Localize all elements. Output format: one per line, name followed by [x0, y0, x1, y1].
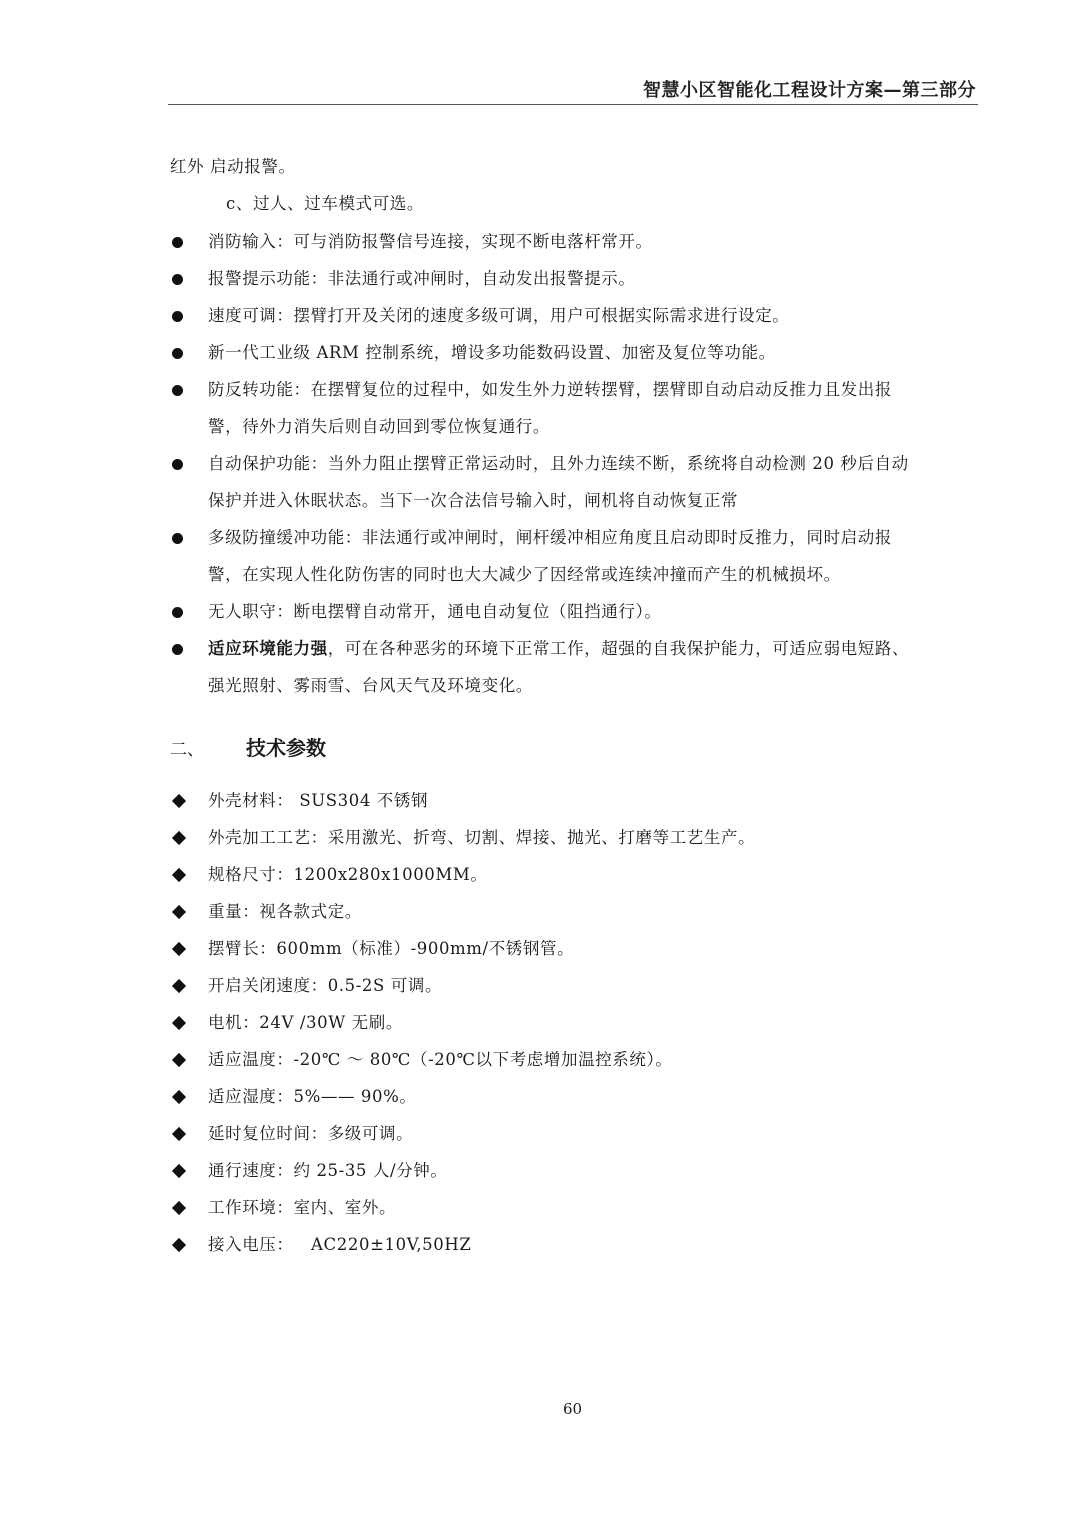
diamond-bullet-icon — [172, 831, 186, 845]
diamond-bullet-icon — [172, 905, 186, 919]
spec-text: 接入电压： AC220±10V,50HZ — [208, 1235, 471, 1255]
spec-text: 电机：24V /30W 无刷。 — [208, 1013, 403, 1033]
diamond-bullet-icon — [172, 1238, 186, 1252]
diamond-bullet-icon — [172, 1127, 186, 1141]
spec-text: 外壳材料： SUS304 不锈钢 — [208, 791, 428, 811]
page-number: 60 — [563, 1400, 582, 1418]
diamond-bullet-icon — [172, 1090, 186, 1104]
section-title: 技术参数 — [246, 736, 326, 760]
bullet-dot-icon — [172, 644, 183, 655]
diamond-bullet-icon — [172, 794, 186, 808]
list-item-text: 防反转功能：在摆臂复位的过程中，如发生外力逆转摆臂，摆臂即自动启动反推力且发出报 — [208, 380, 892, 400]
spec-text: 重量：视各款式定。 — [208, 902, 362, 922]
spec-text: 开启关闭速度：0.5-2S 可调。 — [208, 976, 442, 996]
list-item-text: 适应环境能力强，可在各种恶劣的环境下正常工作，超强的自我保护能力，可适应弱电短路… — [208, 639, 909, 659]
list-item-text: 保护并进入休眠状态。当下一次合法信号输入时，闸机将自动恢复正常 — [208, 491, 738, 511]
bullet-dot-icon — [172, 237, 183, 248]
diamond-bullet-icon — [172, 942, 186, 956]
intro-sub-item: c、过人、过车模式可选。 — [226, 194, 424, 214]
list-item-text: 自动保护功能：当外力阻止摆臂正常运动时，且外力连续不断，系统将自动检测 20 秒… — [208, 454, 909, 474]
list-item-text: 报警提示功能：非法通行或冲闸时，自动发出报警提示。 — [208, 269, 636, 289]
spec-text: 适应温度：-20℃ ～ 80℃（-20℃以下考虑增加温控系统）。 — [208, 1050, 672, 1070]
page-header: 智慧小区智能化工程设计方案—第三部分 — [168, 74, 978, 105]
bullet-dot-icon — [172, 274, 183, 285]
list-item-rest: ，可在各种恶劣的环境下正常工作，超强的自我保护能力，可适应弱电短路、 — [328, 639, 909, 658]
bullet-dot-icon — [172, 533, 183, 544]
diamond-bullet-icon — [172, 979, 186, 993]
list-item-text: 消防输入：可与消防报警信号连接，实现不断电落杆常开。 — [208, 232, 653, 252]
diamond-bullet-icon — [172, 1053, 186, 1067]
spec-text: 延时复位时间：多级可调。 — [208, 1124, 413, 1144]
bullet-dot-icon — [172, 348, 183, 359]
bold-lead: 适应环境能力强 — [208, 639, 328, 658]
bullet-dot-icon — [172, 459, 183, 470]
spec-text: 适应湿度：5%—— 90%。 — [208, 1087, 417, 1107]
list-item-text: 速度可调：摆臂打开及关闭的速度多级可调，用户可根据实际需求进行设定。 — [208, 306, 789, 326]
bullet-dot-icon — [172, 607, 183, 618]
list-item-text: 多级防撞缓冲功能：非法通行或冲闸时，闸杆缓冲相应角度且启动即时反推力，同时启动报 — [208, 528, 892, 548]
list-item-text: 警，在实现人性化防伤害的同时也大大减少了因经常或连续冲撞而产生的机械损坏。 — [208, 565, 841, 585]
list-item-text: 强光照射、雾雨雪、台风天气及环境变化。 — [208, 676, 533, 696]
header-title: 智慧小区智能化工程设计方案—第三部分 — [643, 76, 976, 102]
spec-text: 通行速度：约 25-35 人/分钟。 — [208, 1161, 447, 1181]
bullet-dot-icon — [172, 311, 183, 322]
intro-continuation: 红外 启动报警。 — [170, 157, 296, 177]
spec-text: 规格尺寸：1200x280x1000MM。 — [208, 865, 487, 885]
section-number: 二、 — [170, 738, 204, 762]
list-item-text: 无人职守：断电摆臂自动常开，通电自动复位（阻挡通行）。 — [208, 602, 661, 622]
diamond-bullet-icon — [172, 1016, 186, 1030]
spec-text: 工作环境：室内、室外。 — [208, 1198, 396, 1218]
spec-text: 外壳加工工艺：采用激光、折弯、切割、焊接、抛光、打磨等工艺生产。 — [208, 828, 755, 848]
diamond-bullet-icon — [172, 868, 186, 882]
list-item-text: 警，待外力消失后则自动回到零位恢复通行。 — [208, 417, 550, 437]
diamond-bullet-icon — [172, 1164, 186, 1178]
bullet-dot-icon — [172, 385, 183, 396]
diamond-bullet-icon — [172, 1201, 186, 1215]
spec-text: 摆臂长：600mm（标准）-900mm/不锈钢管。 — [208, 939, 574, 959]
list-item-text: 新一代工业级 ARM 控制系统，增设多功能数码设置、加密及复位等功能。 — [208, 343, 776, 363]
